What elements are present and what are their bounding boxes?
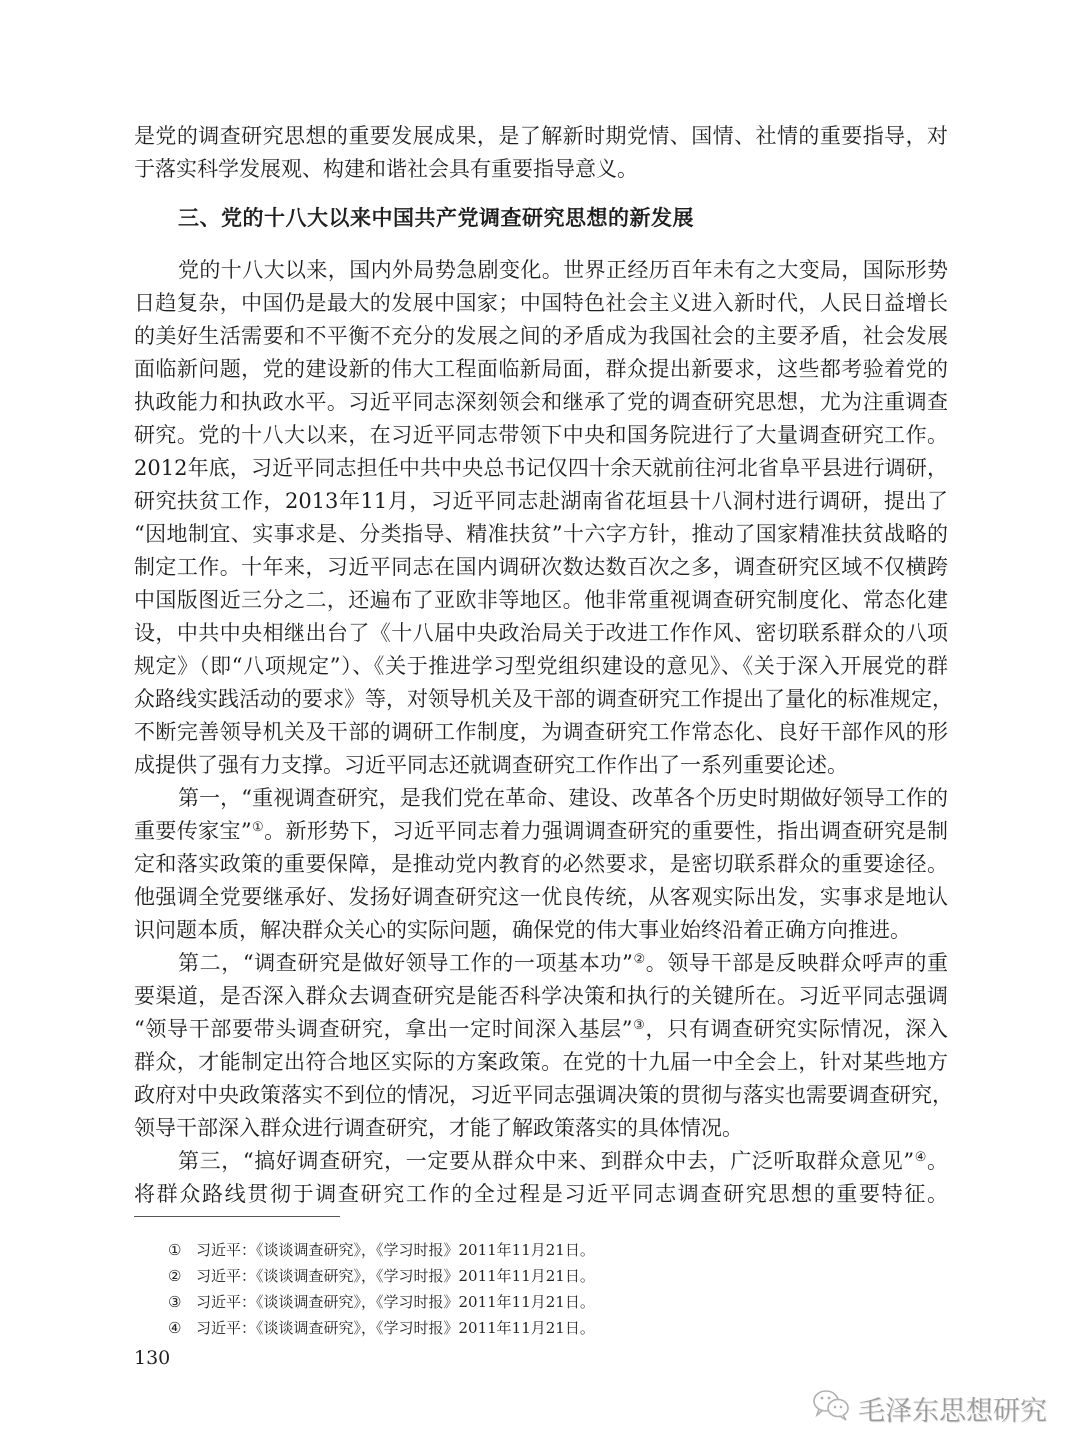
footnote-item: ③习近平：《谈谈调查研究》，《学习时报》2011年11月21日。 (168, 1289, 595, 1315)
paragraph-line: 日趋复杂，中国仍是最大的发展中国家；中国特色社会主义进入新时代，人民日益增长 (134, 287, 948, 320)
paragraph-line: 重要传家宝”①。新形势下，习近平同志着力强调调查研究的重要性，指出调查研究是制 (134, 815, 948, 848)
body-text: 。 (927, 1149, 948, 1173)
quote-text: 第三，“搞好调查研究，一定要从群众中来、到群众中去，广泛听取群众意见” (178, 1149, 914, 1173)
body-text-line: 是党的调查研究思想的重要发展成果，是了解新时期党情、国情、社情的重要指导，对 (134, 120, 948, 153)
body-text: ，只有调查研究实际情况，深入 (646, 1017, 949, 1041)
footnote-ref-4[interactable]: ④ (914, 1150, 927, 1165)
paragraph-line: 设，中共中央相继出台了《十八届中央政治局关于改进工作作风、密切联系群众的八项 (134, 617, 948, 650)
footnote-number: ① (168, 1237, 196, 1263)
footnote-text: 习近平：《谈谈调查研究》，《学习时报》2011年11月21日。 (196, 1319, 595, 1337)
paragraph-line: 将群众路线贯彻于调查研究工作的全过程是习近平同志调查研究思想的重要特征。 (134, 1178, 948, 1211)
paragraph-line: 第二，“调查研究是做好领导工作的一项基本功”②。领导干部是反映群众呼声的重 (134, 947, 948, 980)
paragraph-line: 的美好生活需要和不平衡不充分的发展之间的矛盾成为我国社会的主要矛盾，社会发展 (134, 320, 948, 353)
paragraph-line: 群众，才能制定出符合地区实际的方案政策。在党的十九届一中全会上，针对某些地方 (134, 1046, 948, 1079)
footnote-ref-2[interactable]: ② (633, 952, 646, 967)
paragraph-line: 面临新问题，党的建设新的伟大工程面临新局面，群众提出新要求，这些都考验着党的 (134, 353, 948, 386)
paragraph-line: 他强调全党要继承好、发扬好调查研究这一优良传统，从客观实际出发，实事求是地认 (134, 881, 948, 914)
paragraph-line: 党的十八大以来，国内外局势急剧变化。世界正经历百年未有之大变局，国际形势 (134, 254, 948, 287)
footnote-divider (134, 1216, 340, 1217)
footnote-text: 习近平：《谈谈调查研究》，《学习时报》2011年11月21日。 (196, 1293, 595, 1311)
paragraph-line: 研究扶贫工作，2013年11月，习近平同志赴湖南省花垣县十八洞村进行调研，提出了 (134, 485, 948, 518)
paragraph-line: 第一，“重视调查研究，是我们党在革命、建设、改革各个历史时期做好领导工作的 (134, 782, 948, 815)
paragraph-line: 规定》（即“八项规定”）、《关于推进学习型党组织建设的意见》、《关于深入开展党的… (134, 650, 948, 683)
footnote-number: ② (168, 1263, 196, 1289)
footnote-text: 习近平：《谈谈调查研究》，《学习时报》2011年11月21日。 (196, 1267, 595, 1285)
wechat-icon (812, 1388, 858, 1429)
paragraph-line: 要渠道，是否深入群众去调查研究是能否科学决策和执行的关键所在。习近平同志强调 (134, 980, 948, 1013)
quote-text: 重要传家宝” (134, 819, 252, 843)
footnote-item: ②习近平：《谈谈调查研究》，《学习时报》2011年11月21日。 (168, 1263, 595, 1289)
footnote-ref-3[interactable]: ③ (633, 1018, 646, 1033)
quote-text: 第二，“调查研究是做好领导工作的一项基本功” (178, 951, 633, 975)
paragraph-line: 定和落实政策的重要保障，是推动党内教育的必然要求，是密切联系群众的重要途径。 (134, 848, 948, 881)
paragraph-line: 政府对中央政策落实不到位的情况，习近平同志强调决策的贯彻与落实也需要调查研究， (134, 1079, 948, 1112)
footnote-text: 习近平：《谈谈调查研究》，《学习时报》2011年11月21日。 (196, 1241, 595, 1259)
watermark: 毛泽东思想研究 (812, 1388, 1047, 1428)
paragraph-line: “领导干部要带头调查研究，拿出一定时间深入基层”③，只有调查研究实际情况，深入 (134, 1013, 948, 1046)
body-text-line: 于落实科学发展观、构建和谐社会具有重要指导意义。 (134, 153, 948, 186)
footnote-number: ④ (168, 1315, 196, 1341)
body-text: 。新形势下，习近平同志着力强调调查研究的重要性，指出调查研究是制 (264, 819, 948, 843)
paragraph-line: 制定工作。十年来，习近平同志在国内调研次数达数百次之多，调查研究区域不仅横跨 (134, 551, 948, 584)
paragraph-line: “因地制宜、实事求是、分类指导、精准扶贫”十六字方针，推动了国家精准扶贫战略的 (134, 518, 948, 551)
body-text: 。领导干部是反映群众呼声的重 (646, 951, 948, 975)
quote-text: “领导干部要带头调查研究，拿出一定时间深入基层” (134, 1017, 633, 1041)
footnote-item: ①习近平：《谈谈调查研究》，《学习时报》2011年11月21日。 (168, 1237, 595, 1263)
paragraph-line: 识问题本质，解决群众关心的实际问题，确保党的伟大事业始终沿着正确方向推进。 (134, 914, 948, 947)
paragraph-line: 2012年底，习近平同志担任中共中央总书记仅四十余天就前往河北省阜平县进行调研， (134, 452, 948, 485)
paragraph-line: 研究。党的十八大以来，在习近平同志带领下中央和国务院进行了大量调查研究工作。 (134, 419, 948, 452)
watermark-text: 毛泽东思想研究 (858, 1389, 1047, 1428)
paragraph-line: 中国版图近三分之二，还遍布了亚欧非等地区。他非常重视调查研究制度化、常态化建 (134, 584, 948, 617)
paragraph-line: 第三，“搞好调查研究，一定要从群众中来、到群众中去，广泛听取群众意见”④。 (134, 1145, 948, 1178)
footnote-item: ④习近平：《谈谈调查研究》，《学习时报》2011年11月21日。 (168, 1315, 595, 1341)
footnote-ref-1[interactable]: ① (252, 820, 264, 835)
page-number: 130 (134, 1345, 170, 1371)
section-heading: 三、党的十八大以来中国共产党调查研究思想的新发展 (178, 202, 694, 235)
paragraph-line: 成提供了强有力支撑。习近平同志还就调查研究工作作出了一系列重要论述。 (134, 749, 948, 782)
paragraph-line: 不断完善领导机关及干部的调研工作制度，为调查研究工作常态化、良好干部作风的形 (134, 716, 948, 749)
footnote-number: ③ (168, 1289, 196, 1315)
paragraph-line: 众路线实践活动的要求》等，对领导机关及干部的调查研究工作提出了量化的标准规定， (134, 683, 948, 716)
paragraph-line: 领导干部深入群众进行调查研究，才能了解政策落实的具体情况。 (134, 1112, 948, 1145)
paragraph-line: 执政能力和执政水平。习近平同志深刻领会和继承了党的调查研究思想，尤为注重调查 (134, 386, 948, 419)
